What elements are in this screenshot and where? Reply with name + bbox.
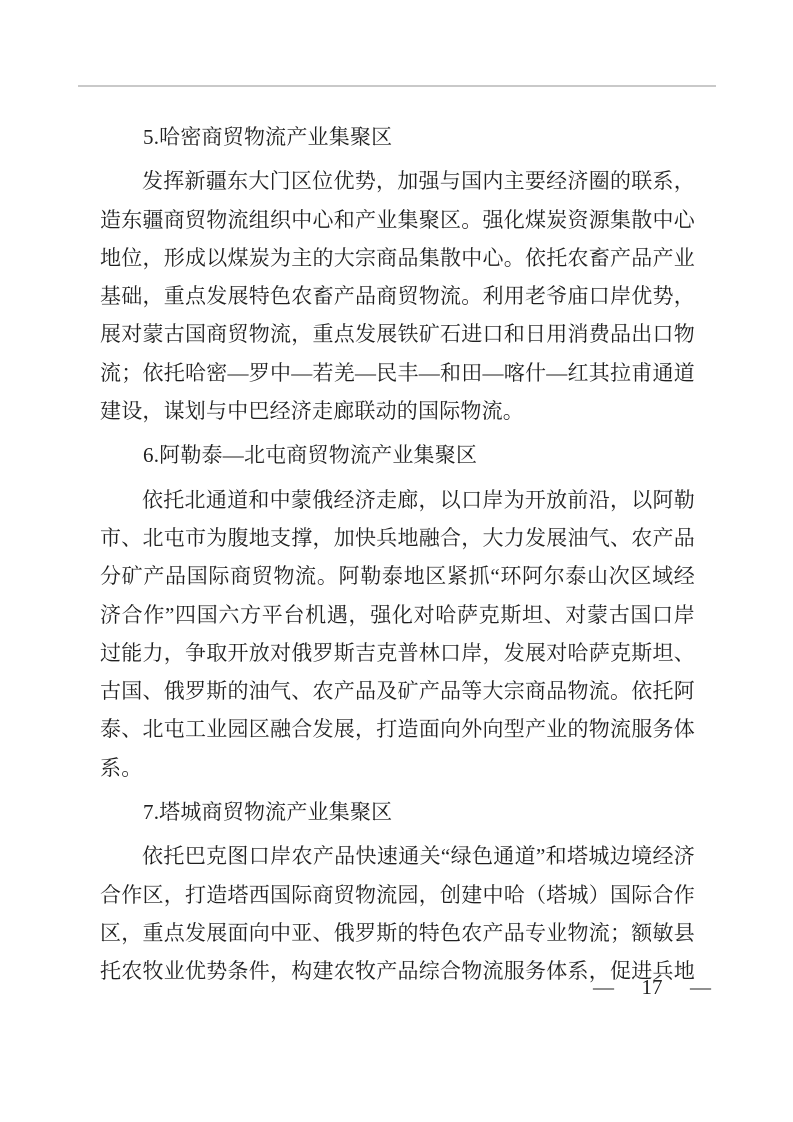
text-line: 流；依托哈密—罗中—若羌—民丰—和田—喀什—红其拉甫通道 [100,354,695,392]
page-number: — 17 — [593,973,711,1001]
text-line: 依托北通道和中蒙俄经济走廊，以口岸为开放前沿，以阿勒泰 [100,481,695,519]
page-number-dash-left: — [593,973,614,1001]
text-line: 发挥新疆东大门区位优势，加强与国内主要经济圈的联系，打 [100,162,695,200]
header-rule [78,85,716,87]
paragraph: 发挥新疆东大门区位优势，加强与国内主要经济圈的联系，打造东疆商贸物流组织中心和产… [100,162,695,430]
text-line: 依托巴克图口岸农产品快速通关“绿色通道”和塔城边境经济 [100,837,695,875]
section-heading-5: 5.哈密商贸物流产业集聚区 [100,118,695,156]
section-heading-7: 7.塔城商贸物流产业集聚区 [100,793,695,831]
text-line: 过能力，争取开放对俄罗斯吉克普林口岸，发展对哈萨克斯坦、蒙 [100,634,695,672]
text-line: 市、北屯市为腹地支撑，加快兵地融合，大力发展油气、农产品和部 [100,519,695,557]
text-line: 造东疆商贸物流组织中心和产业集聚区。强化煤炭资源集散中心 [100,201,695,239]
paragraph: 依托巴克图口岸农产品快速通关“绿色通道”和塔城边境经济合作区，打造塔西国际商贸物… [100,837,695,990]
paragraph: 依托北通道和中蒙俄经济走廊，以口岸为开放前沿，以阿勒泰市、北屯市为腹地支撑，加快… [100,481,695,787]
text-line: 地位，形成以煤炭为主的大宗商品集散中心。依托农畜产品产业 [100,239,695,277]
text-line: 分矿产品国际商贸物流。阿勒泰地区紧抓“环阿尔泰山次区域经 [100,557,695,595]
page-number-value: 17 [642,973,663,1001]
text-line: 系。 [100,749,695,787]
text-line: 区，重点发展面向中亚、俄罗斯的特色农产品专业物流；额敏县依 [100,914,695,952]
text-line: 建设，谋划与中巴经济走廊联动的国际物流。 [100,392,695,430]
page-number-dash-right: — [690,973,711,1001]
text-line: 展对蒙古国商贸物流，重点发展铁矿石进口和日用消费品出口物 [100,315,695,353]
text-line: 古国、俄罗斯的油气、农产品及矿产品等大宗商品物流。依托阿勒 [100,672,695,710]
document-body: 5.哈密商贸物流产业集聚区发挥新疆东大门区位优势，加强与国内主要经济圈的联系，打… [100,112,695,991]
text-line: 泰、北屯工业园区融合发展，打造面向外向型产业的物流服务体 [100,710,695,748]
document-page: 5.哈密商贸物流产业集聚区发挥新疆东大门区位优势，加强与国内主要经济圈的联系，打… [0,0,793,1122]
text-line: 合作区，打造塔西国际商贸物流园，创建中哈（塔城）国际合作示范 [100,876,695,914]
text-line: 济合作”四国六方平台机遇，强化对哈萨克斯坦、对蒙古国口岸通 [100,596,695,634]
section-heading-6: 6.阿勒泰—北屯商贸物流产业集聚区 [100,436,695,474]
text-line: 基础，重点发展特色农畜产品商贸物流。利用老爷庙口岸优势，拓 [100,277,695,315]
